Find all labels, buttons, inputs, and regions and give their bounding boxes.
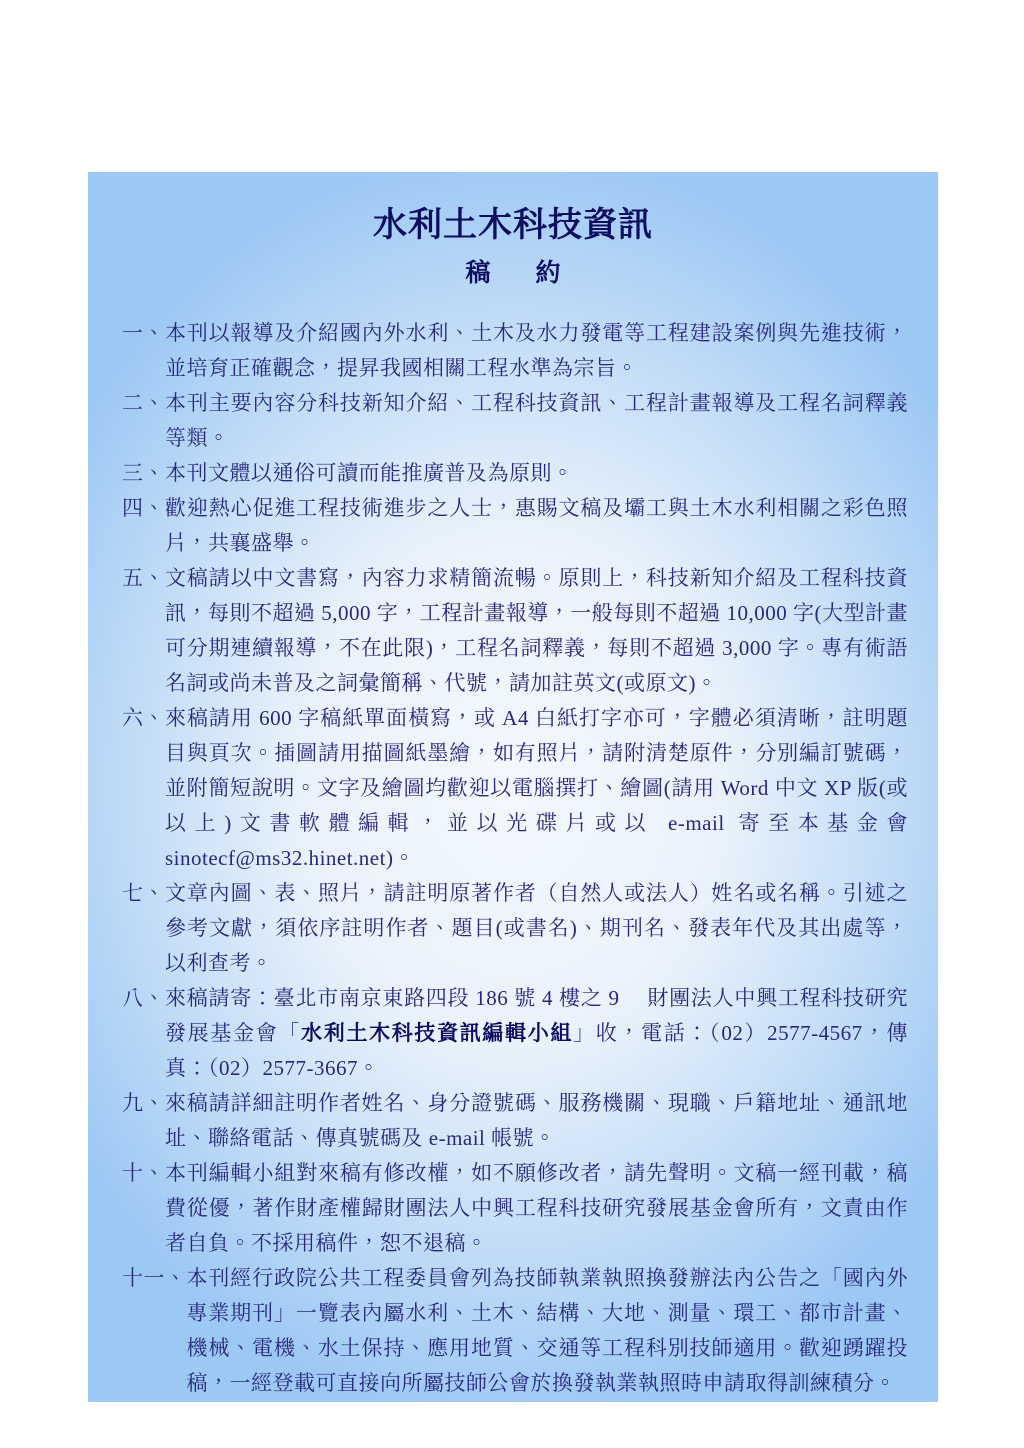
clause-item: 八、 來稿請寄：臺北市南京東路四段 186 號 4 樓之 9 財團法人中興工程科… bbox=[122, 981, 908, 1086]
clause-text: 文稿請以中文書寫，內容力求精簡流暢。原則上，科技新知介紹及工程科技資訊，每則不超… bbox=[165, 561, 908, 701]
clause-item: 三、 本刊文體以通俗可讀而能推廣普及為原則。 bbox=[122, 456, 908, 491]
journal-name: 水利土木科技資訊編輯小組 bbox=[301, 1021, 573, 1045]
journal-title: 水利土木科技資訊 bbox=[88, 208, 938, 244]
clause-number: 五、 bbox=[122, 561, 165, 596]
clause-number: 八、 bbox=[122, 981, 165, 1016]
page-title: 稿 約 bbox=[88, 260, 938, 287]
clause-item: 七、 文章內圖、表、照片，請註明原著作者（自然人或法人）姓名或名稱。引述之參考文… bbox=[122, 876, 908, 981]
clause-item: 十、 本刊編輯小組對來稿有修改權，如不願修改者，請先聲明。文稿一經刊載，稿費從優… bbox=[122, 1156, 908, 1261]
clause-text: 本刊經行政院公共工程委員會列為技師執業執照換發辦法內公告之「國內外專業期刊」一覽… bbox=[187, 1261, 909, 1401]
clause-number: 六、 bbox=[122, 701, 165, 736]
clause-number: 十一、 bbox=[122, 1261, 187, 1296]
clause-text: 文章內圖、表、照片，請註明原著作者（自然人或法人）姓名或名稱。引述之參考文獻，須… bbox=[165, 876, 908, 981]
clause-text: 本刊編輯小組對來稿有修改權，如不願修改者，請先聲明。文稿一經刊載，稿費從優，著作… bbox=[165, 1156, 908, 1261]
clause-item: 五、 文稿請以中文書寫，內容力求精簡流暢。原則上，科技新知介紹及工程科技資訊，每… bbox=[122, 561, 908, 701]
clause-item: 九、 來稿請詳細註明作者姓名、身分證號碼、服務機關、現職、戶籍地址、通訊地址、聯… bbox=[122, 1086, 908, 1156]
clause-item: 十一、 本刊經行政院公共工程委員會列為技師執業執照換發辦法內公告之「國內外專業期… bbox=[122, 1261, 908, 1401]
clause-number: 十、 bbox=[122, 1156, 165, 1191]
clause-item: 六、 來稿請用 600 字稿紙單面橫寫，或 A4 白紙打字亦可，字體必須清晰，註… bbox=[122, 701, 908, 876]
clause-text: 本刊主要內容分科技新知介紹、工程科技資訊、工程計畫報導及工程名詞釋義等類。 bbox=[165, 386, 908, 456]
clause-text: 來稿請用 600 字稿紙單面橫寫，或 A4 白紙打字亦可，字體必須清晰，註明題目… bbox=[165, 701, 908, 876]
clause-number: 四、 bbox=[122, 491, 165, 526]
clause-text: 本刊以報導及介紹國內外水利、土木及水力發電等工程建設案例與先進技術，並培育正確觀… bbox=[165, 316, 908, 386]
clause-number: 七、 bbox=[122, 876, 165, 911]
clause-number: 一、 bbox=[122, 316, 165, 351]
guidelines-panel: 水利土木科技資訊 稿 約 一、 本刊以報導及介紹國內外水利、土木及水力發電等工程… bbox=[88, 172, 938, 1402]
clause-item: 四、 歡迎熱心促進工程技術進步之人士，惠賜文稿及壩工與土木水利相關之彩色照片，共… bbox=[122, 491, 908, 561]
clause-text: 來稿請寄：臺北市南京東路四段 186 號 4 樓之 9 財團法人中興工程科技研究… bbox=[165, 981, 908, 1086]
clause-text: 歡迎熱心促進工程技術進步之人士，惠賜文稿及壩工與土木水利相關之彩色照片，共襄盛舉… bbox=[165, 491, 908, 561]
clause-item: 二、 本刊主要內容分科技新知介紹、工程科技資訊、工程計畫報導及工程名詞釋義等類。 bbox=[122, 386, 908, 456]
clause-item: 一、 本刊以報導及介紹國內外水利、土木及水力發電等工程建設案例與先進技術，並培育… bbox=[122, 316, 908, 386]
clause-list: 一、 本刊以報導及介紹國內外水利、土木及水力發電等工程建設案例與先進技術，並培育… bbox=[122, 316, 908, 1401]
clause-number: 九、 bbox=[122, 1086, 165, 1121]
clause-number: 三、 bbox=[122, 456, 165, 491]
clause-number: 二、 bbox=[122, 386, 165, 421]
clause-text: 來稿請詳細註明作者姓名、身分證號碼、服務機關、現職、戶籍地址、通訊地址、聯絡電話… bbox=[165, 1086, 908, 1156]
clause-text: 本刊文體以通俗可讀而能推廣普及為原則。 bbox=[165, 456, 908, 491]
